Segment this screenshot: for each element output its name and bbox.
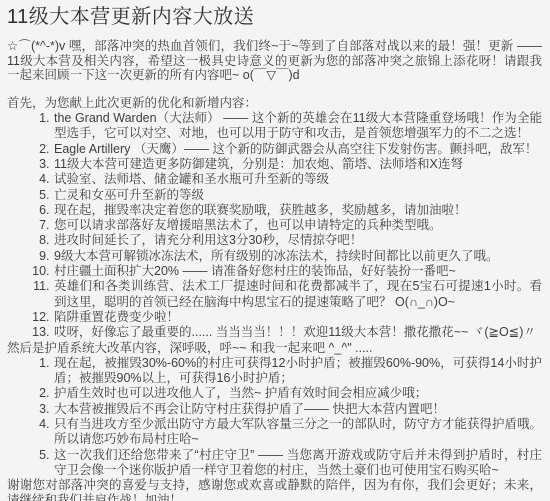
- shield-item: 只有当进攻方至少派出防守方最大军队容量三分之一的部队时，防守方才能获得护盾哦。所…: [53, 417, 542, 448]
- page-title: 11级大本营更新内容大放送: [7, 5, 542, 29]
- shield-item: 大本营被摧毁后不再会让防守村庄获得护盾了—— 快把大本营内置吧！: [53, 402, 542, 417]
- feature-item: 试验室、法师塔、储金罐和圣水瓶可升至新的等级: [53, 172, 542, 187]
- feature-item: 亡灵和女巫可升至新的等级: [53, 188, 542, 203]
- feature-item: 11级大本营可建造更多防御建筑，分别是：加农炮、箭塔、法师塔和X连弩: [53, 157, 542, 172]
- shield-changes-list: 现在起，被摧毁30%-60%的村庄可获得12小时护盾；被摧毁60%-90%，可获…: [7, 356, 542, 478]
- shield-item: 这一次我们还给您带来了“村庄守卫” —— 当您离开游戏或防守后并未得到护盾时，村…: [53, 448, 542, 479]
- feature-item: 现在起，摧毁率决定着您的联赛奖励哦，获胜越多，奖励越多，请加油啦！: [53, 203, 542, 218]
- feature-item: 进攻时间延长了，请充分利用这3分30秒，尽情掠夺吧！: [53, 233, 542, 248]
- feature-item: 陷阱重置花费变少啦！: [53, 310, 542, 325]
- shield-item: 现在起，被摧毁30%-60%的村庄可获得12小时护盾；被摧毁60%-90%，可获…: [53, 356, 542, 387]
- intro-paragraph: ☆⌒(*^-*)v 嘿，部落冲突的热血首领们，我们终~于~等到了自部落对战以来的…: [7, 39, 542, 83]
- feature-item: 您可以请求部落好友增援暗黑法术了，也可以申请特定的兵种类型哦。: [53, 218, 542, 233]
- update-features-list: the Grand Warden（大法师） —— 这个新的英雄会在11级大本营隆…: [7, 111, 542, 340]
- section1-lead: 首先，为您献上此次更新的优化和新增内容：: [7, 96, 542, 111]
- announcement-document: 11级大本营更新内容大放送 ☆⌒(*^-*)v 嘿，部落冲突的热血首领们，我们终…: [0, 0, 550, 501]
- feature-item: the Grand Warden（大法师） —— 这个新的英雄会在11级大本营隆…: [53, 111, 542, 142]
- feature-item: 英雄们和各类训练营、法术工厂提速时间和花费都减半了，现在5宝石可提速1小时。看到…: [53, 279, 542, 310]
- feature-item: 村庄疆土面积扩大20% —— 请准备好您村庄的装饰品，好好装扮一番吧~: [53, 264, 542, 279]
- feature-item: 哎呀，好像忘了最重要的...... 当当当当！！！欢迎11级大本营！撒花撒花~~…: [53, 325, 542, 340]
- page: { "doc": { "title": "11级大本营更新内容大放送", "in…: [0, 0, 550, 501]
- feature-item: 9级大本营可解锁冰冻法术，所有级别的冰冻法术，持续时间都比以前更久了哦。: [53, 249, 542, 264]
- shield-item: 护盾生效时也可以进攻他人了，当然~ 护盾有效时间会相应减少哦；: [53, 386, 542, 401]
- closing-paragraph: 谢谢您对部落冲突的喜爱与支持，感谢您或欢喜或静默的陪伴，因为有你，我们会更好；未…: [7, 478, 542, 501]
- feature-item: Eagle Artillery （天鹰）—— 这个新的防御武器会从高空往下发射伤…: [53, 142, 542, 157]
- section2-lead: 然后是护盾系统大改革内容，深呼吸，呼~~ 和我一起来吧 ^_^" .....: [7, 341, 542, 356]
